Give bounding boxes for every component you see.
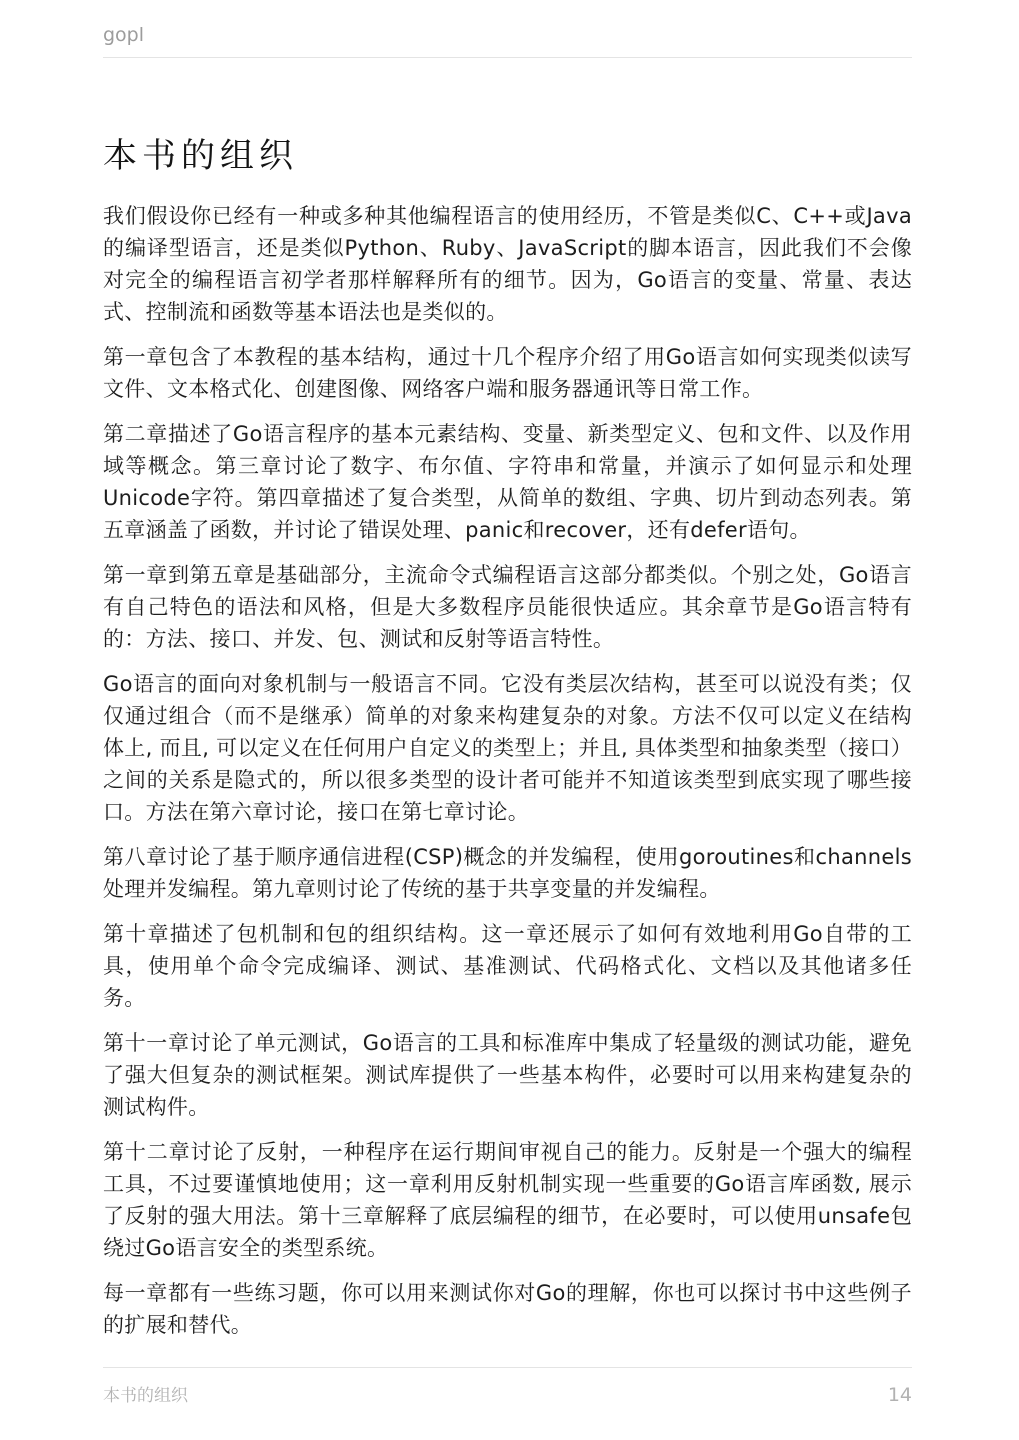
- body-paragraph: 第八章讨论了基于顺序通信进程(CSP)概念的并发编程，使用goroutines和…: [103, 841, 912, 905]
- article-content: 本书的组织 我们假设你已经有一种或多种其他编程语言的使用经历，不管是类似C、C+…: [103, 59, 912, 1354]
- footer-section-title: 本书的组织: [103, 1381, 188, 1406]
- body-paragraph: 每一章都有一些练习题，你可以用来测试你对Go的理解，你也可以探讨书中这些例子的扩…: [103, 1277, 912, 1341]
- page-title: 本书的组织: [103, 135, 912, 177]
- article-body: 我们假设你已经有一种或多种其他编程语言的使用经历，不管是类似C、C++或Java…: [103, 200, 912, 1341]
- page-header: gopl: [103, 0, 912, 58]
- body-paragraph: 第一章到第五章是基础部分，主流命令式编程语言这部分都类似。个别之处，Go语言有自…: [103, 559, 912, 655]
- body-paragraph: Go语言的面向对象机制与一般语言不同。它没有类层次结构，甚至可以说没有类；仅仅通…: [103, 668, 912, 828]
- body-paragraph: 第十一章讨论了单元测试，Go语言的工具和标准库中集成了轻量级的测试功能，避免了强…: [103, 1027, 912, 1123]
- page-footer: 本书的组织 14: [103, 1367, 912, 1406]
- site-title: gopl: [103, 24, 912, 58]
- body-paragraph: 第十章描述了包机制和包的组织结构。这一章还展示了如何有效地利用Go自带的工具，使…: [103, 918, 912, 1014]
- body-paragraph: 第二章描述了Go语言程序的基本元素结构、变量、新类型定义、包和文件、以及作用域等…: [103, 418, 912, 546]
- document-page: gopl 本书的组织 我们假设你已经有一种或多种其他编程语言的使用经历，不管是类…: [0, 0, 1019, 1440]
- page-number: 14: [888, 1384, 912, 1406]
- body-paragraph: 第一章包含了本教程的基本结构，通过十几个程序介绍了用Go语言如何实现类似读写文件…: [103, 341, 912, 405]
- body-paragraph: 我们假设你已经有一种或多种其他编程语言的使用经历，不管是类似C、C++或Java…: [103, 200, 912, 328]
- body-paragraph: 第十二章讨论了反射，一种程序在运行期间审视自己的能力。反射是一个强大的编程工具，…: [103, 1136, 912, 1264]
